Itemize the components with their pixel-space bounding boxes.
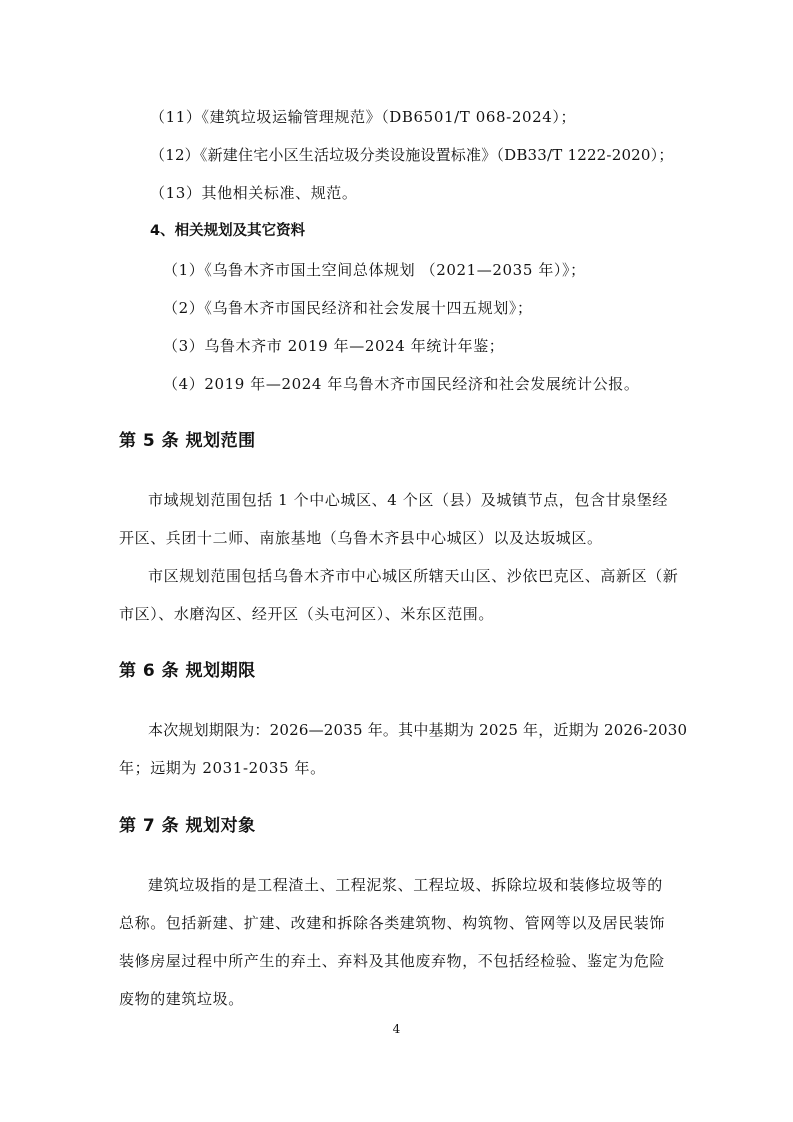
reference-item-3: （3）乌鲁木齐市 2019 年—2024 年统计年鉴； xyxy=(163,336,504,356)
standard-item-12: （12）《新建住宅小区生活垃圾分类设施设置标准》（DB33/T 1222-202… xyxy=(150,145,674,165)
reference-item-2: （2）《乌鲁木齐市国民经济和社会发展十四五规划》； xyxy=(163,298,533,318)
article-5-paragraph-2-line-2: 市区）、水磨沟区、经开区（头屯河区）、米东区范围。 xyxy=(119,604,494,624)
article-5-paragraph-2-line-1: 市区规划范围包括乌鲁木齐市中心城区所辖天山区、沙依巴克区、高新区（新 xyxy=(148,566,678,586)
article-5-paragraph-1-line-1: 市域规划范围包括 1 个中心城区、4 个区（县）及城镇节点，包含甘泉堡经 xyxy=(148,490,668,510)
article-6-line-2: 年；远期为 2031-2035 年。 xyxy=(119,758,326,778)
article-7-line-4: 废物的建筑垃圾。 xyxy=(119,989,244,1009)
article-7-line-1: 建筑垃圾指的是工程渣土、工程泥浆、工程垃圾、拆除垃圾和装修垃圾等的 xyxy=(148,875,663,895)
article-5-paragraph-1-line-2: 开区、兵团十二师、南旅基地（乌鲁木齐县中心城区）以及达坂城区。 xyxy=(119,528,603,548)
standard-item-11: （11）《建筑垃圾运输管理规范》（DB6501/T 068-2024）； xyxy=(150,107,576,127)
article-5-heading: 第 5 条 规划范围 xyxy=(119,430,256,452)
article-6-line-1: 本次规划期限为：2026—2035 年。其中基期为 2025 年，近期为 202… xyxy=(148,720,687,740)
article-7-heading: 第 7 条 规划对象 xyxy=(119,815,256,837)
page-number: 4 xyxy=(0,1022,793,1036)
reference-item-1: （1）《乌鲁木齐市国土空间总体规划 （2021—2035 年）》； xyxy=(163,260,586,280)
article-7-line-2: 总称。包括新建、扩建、改建和拆除各类建筑物、构筑物、管网等以及居民装饰 xyxy=(119,913,665,933)
article-6-heading: 第 6 条 规划期限 xyxy=(119,660,256,682)
section-4-heading: 4、相关规划及其它资料 xyxy=(150,221,305,241)
standard-item-13: （13）其他相关标准、规范。 xyxy=(150,183,358,203)
article-7-line-3: 装修房屋过程中所产生的弃土、弃料及其他废弃物，不包括经检验、鉴定为危险 xyxy=(119,951,665,971)
reference-item-4: （4）2019 年—2024 年乌鲁木齐市国民经济和社会发展统计公报。 xyxy=(163,374,639,394)
